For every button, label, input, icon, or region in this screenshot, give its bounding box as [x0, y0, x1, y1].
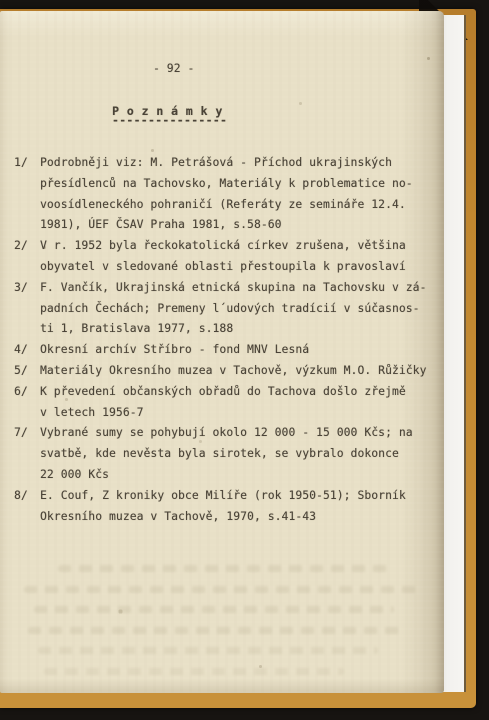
- note-text: Okresní archív Stříbro - fond MNV Lesná: [40, 343, 309, 356]
- note-text: voosídleneckého pohraničí (Referáty ze s…: [40, 198, 406, 211]
- note-text: F. Vančík, Ukrajinská etnická skupina na…: [40, 281, 426, 294]
- note-continuation-line: obyvatel v sledované oblasti přestoupila…: [14, 257, 426, 278]
- note-continuation-line: 22 000 Kčs: [14, 465, 426, 486]
- bleedthrough-row: [28, 627, 403, 634]
- note-text: ti 1, Bratislava 1977, s.188: [40, 322, 233, 335]
- note-text: Materiály Okresního muzea v Tachově, výz…: [40, 364, 426, 377]
- notes-list: 1/Podrobněji viz: M. Petrášová - Příchod…: [14, 153, 426, 527]
- bleedthrough-row: [58, 565, 388, 572]
- note-continuation-line: 1981), ÚEF ČSAV Praha 1981, s.58-60: [14, 215, 426, 236]
- bleedthrough-row: [34, 606, 394, 613]
- note-marker: 4/: [14, 340, 40, 361]
- note-marker: 3/: [14, 278, 40, 299]
- note-text: 1981), ÚEF ČSAV Praha 1981, s.58-60: [40, 218, 282, 231]
- note-text: E. Couf, Z kroniky obce Milíře (rok 1950…: [40, 489, 406, 502]
- page-number: - 92 -: [153, 62, 194, 75]
- note-continuation-line: ti 1, Bratislava 1977, s.188: [14, 319, 426, 340]
- note-text: 22 000 Kčs: [40, 468, 109, 481]
- note-first-line: 5/Materiály Okresního muzea v Tachově, v…: [14, 361, 426, 382]
- note-first-line: 2/V r. 1952 byla řeckokatolická církev z…: [14, 236, 426, 257]
- note-continuation-line: svatbě, kde nevěsta byla sirotek, se vyb…: [14, 444, 426, 465]
- note-continuation-line: v letech 1956-7: [14, 403, 426, 424]
- note-marker: 7/: [14, 423, 40, 444]
- note-text: padních Čechách; Premeny l´udových tradí…: [40, 302, 420, 315]
- scanned-page: - 92 - P o z n á m k y ---------------- …: [0, 11, 444, 693]
- note-text: přesídlenců na Tachovsko, Materiály k pr…: [40, 177, 413, 190]
- note-marker: 1/: [14, 153, 40, 174]
- note-text: v letech 1956-7: [40, 406, 144, 419]
- note-first-line: 7/Vybrané sumy se pohybují okolo 12 000 …: [14, 423, 426, 444]
- note-marker: 8/: [14, 486, 40, 507]
- note-marker: 6/: [14, 382, 40, 403]
- note-first-line: 4/Okresní archív Stříbro - fond MNV Lesn…: [14, 340, 426, 361]
- bleedthrough-row: [38, 647, 378, 654]
- note-first-line: 1/Podrobněji viz: M. Petrášová - Příchod…: [14, 153, 426, 174]
- note-text: Okresního muzea v Tachově, 1970, s.41-43: [40, 510, 316, 523]
- note-marker: 5/: [14, 361, 40, 382]
- note-text: V r. 1952 byla řeckokatolická církev zru…: [40, 239, 406, 252]
- note-first-line: 8/E. Couf, Z kroniky obce Milíře (rok 19…: [14, 486, 426, 507]
- note-text: Vybrané sumy se pohybují okolo 12 000 - …: [40, 426, 413, 439]
- note-marker: 2/: [14, 236, 40, 257]
- note-text: K převedení občanských obřadů do Tachova…: [40, 385, 406, 398]
- note-first-line: 3/F. Vančík, Ukrajinská etnická skupina …: [14, 278, 426, 299]
- bleedthrough-text-ghost: [24, 565, 426, 688]
- note-continuation-line: přesídlenců na Tachovsko, Materiály k pr…: [14, 174, 426, 195]
- bleedthrough-row: [44, 668, 344, 675]
- note-continuation-line: Okresního muzea v Tachově, 1970, s.41-43: [14, 507, 426, 528]
- note-first-line: 6/K převedení občanských obřadů do Tacho…: [14, 382, 426, 403]
- note-continuation-line: padních Čechách; Premeny l´udových tradí…: [14, 299, 426, 320]
- notes-heading-underline: ----------------: [112, 114, 227, 127]
- paper-speckles: [0, 11, 1, 12]
- bleedthrough-row: [24, 586, 420, 593]
- note-continuation-line: voosídleneckého pohraničí (Referáty ze s…: [14, 195, 426, 216]
- note-text: obyvatel v sledované oblasti přestoupila…: [40, 260, 406, 273]
- note-text: svatbě, kde nevěsta byla sirotek, se vyb…: [40, 447, 399, 460]
- note-text: Podrobněji viz: M. Petrášová - Příchod u…: [40, 156, 392, 169]
